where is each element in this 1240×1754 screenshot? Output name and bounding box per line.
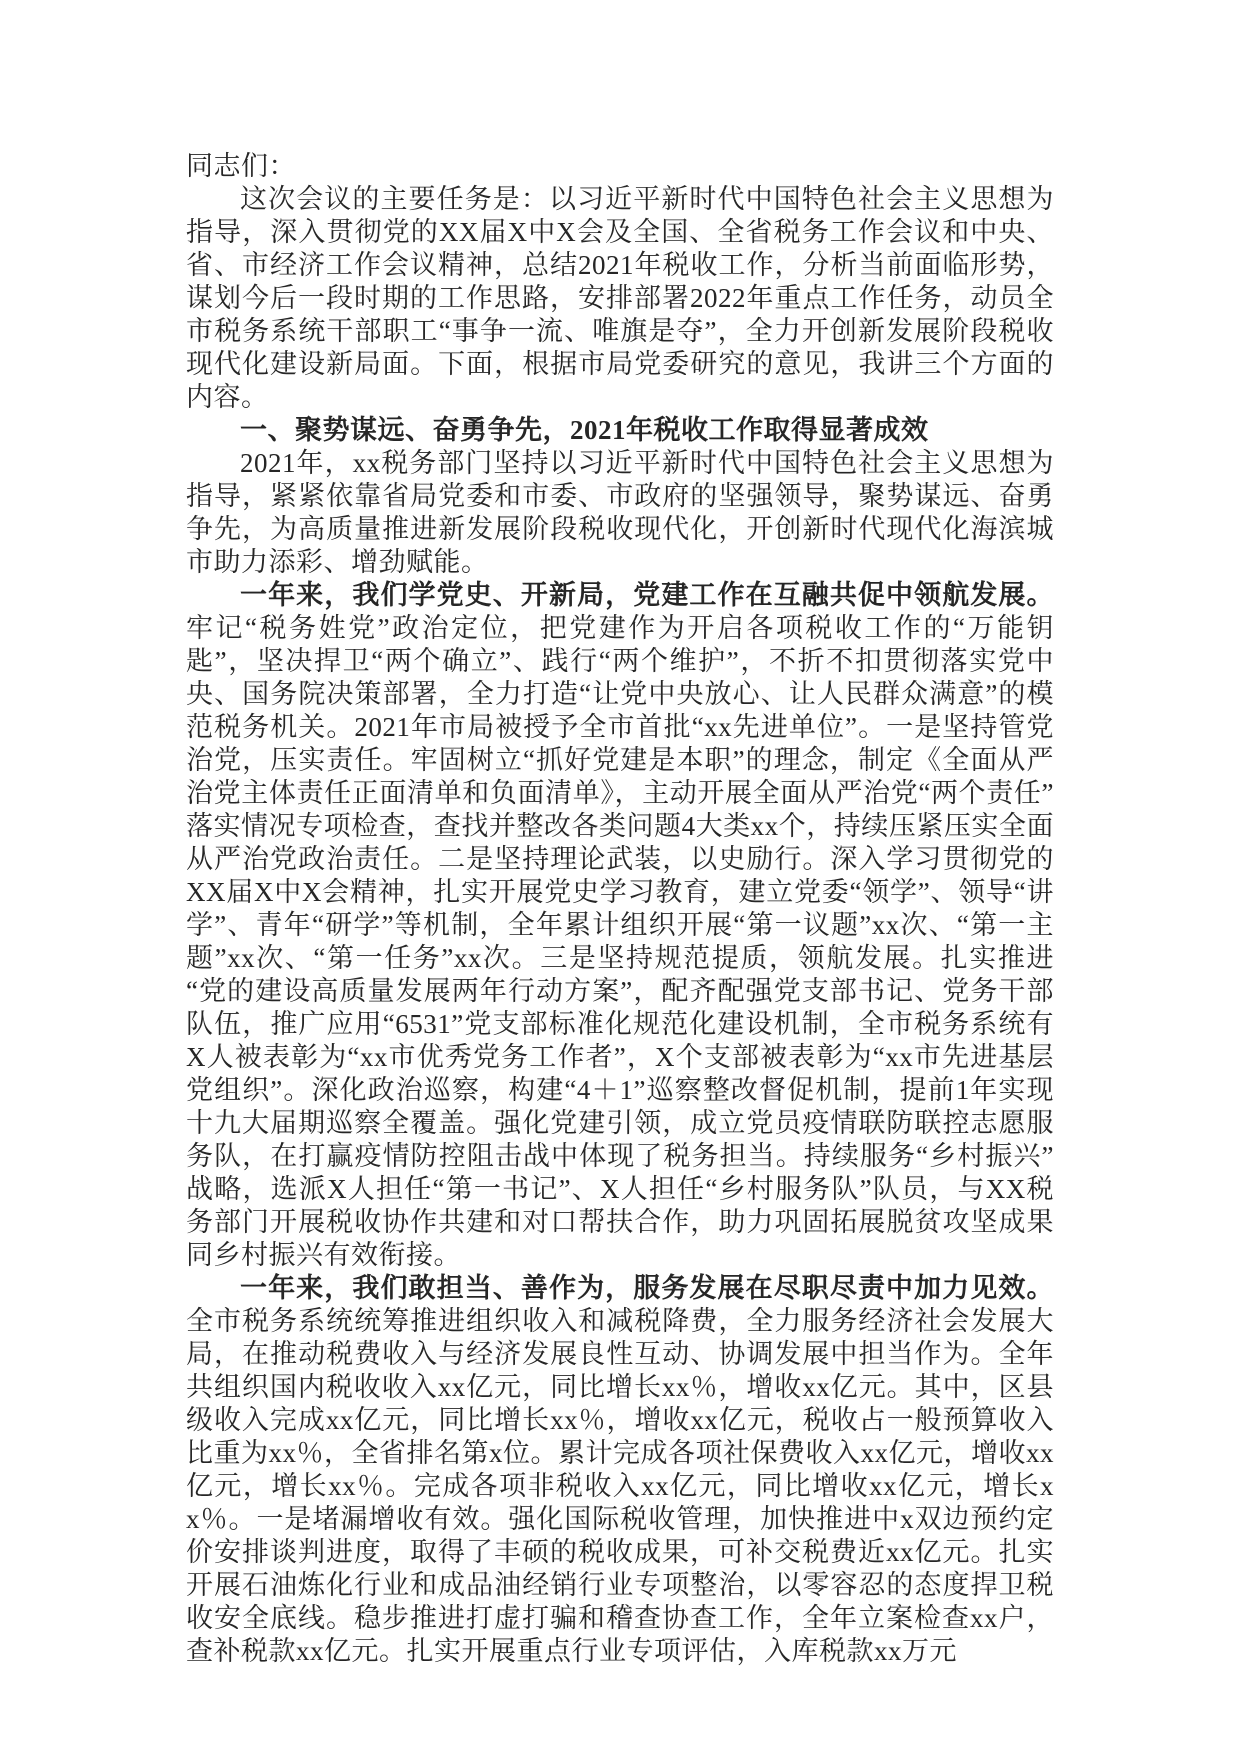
party-building-paragraph: 一年来，我们学党史、开新局，党建工作在互融共促中领航发展。牢记“税务姓党”政治定… xyxy=(186,579,1054,1272)
bold-text-run: 一年来，我们学党史、开新局，党建工作在互融共促中领航发展。 xyxy=(240,580,1054,610)
salutation: 同志们： xyxy=(186,150,1054,183)
service-development-paragraph: 一年来，我们敢担当、善作为，服务发展在尽职尽责中加力见效。全市税务系统统筹推进组… xyxy=(186,1272,1054,1668)
section-1-intro-paragraph: 2021年，xx税务部门坚持以习近平新时代中国特色社会主义思想为指导，紧紧依靠省… xyxy=(186,447,1054,579)
text-run: 这次会议的主要任务是：以习近平新时代中国特色社会主义思想为指导，深入贯彻党的XX… xyxy=(186,184,1054,412)
section-1-heading: 一、聚势谋远、奋勇争先，2021年税收工作取得显著成效 xyxy=(186,414,1054,447)
bold-text-run: 一年来，我们敢担当、善作为，服务发展在尽职尽责中加力见效。 xyxy=(240,1273,1054,1303)
document-body: 同志们：这次会议的主要任务是：以习近平新时代中国特色社会主义思想为指导，深入贯彻… xyxy=(186,150,1054,1668)
text-run: 同志们： xyxy=(186,151,296,181)
text-run: 2021年，xx税务部门坚持以习近平新时代中国特色社会主义思想为指导，紧紧依靠省… xyxy=(186,448,1054,577)
text-run: 全市税务系统统筹推进组织收入和减税降费，全力服务经济社会发展大局，在推动税费收入… xyxy=(186,1306,1054,1666)
bold-text-run: 一、聚势谋远、奋勇争先，2021年税收工作取得显著成效 xyxy=(240,415,929,445)
opening-paragraph: 这次会议的主要任务是：以习近平新时代中国特色社会主义思想为指导，深入贯彻党的XX… xyxy=(186,183,1054,414)
text-run: 牢记“税务姓党”政治定位，把党建作为开启各项税收工作的“万能钥匙”，坚决捍卫“两… xyxy=(186,613,1054,1270)
document-page: 同志们：这次会议的主要任务是：以习近平新时代中国特色社会主义思想为指导，深入贯彻… xyxy=(0,0,1240,1754)
